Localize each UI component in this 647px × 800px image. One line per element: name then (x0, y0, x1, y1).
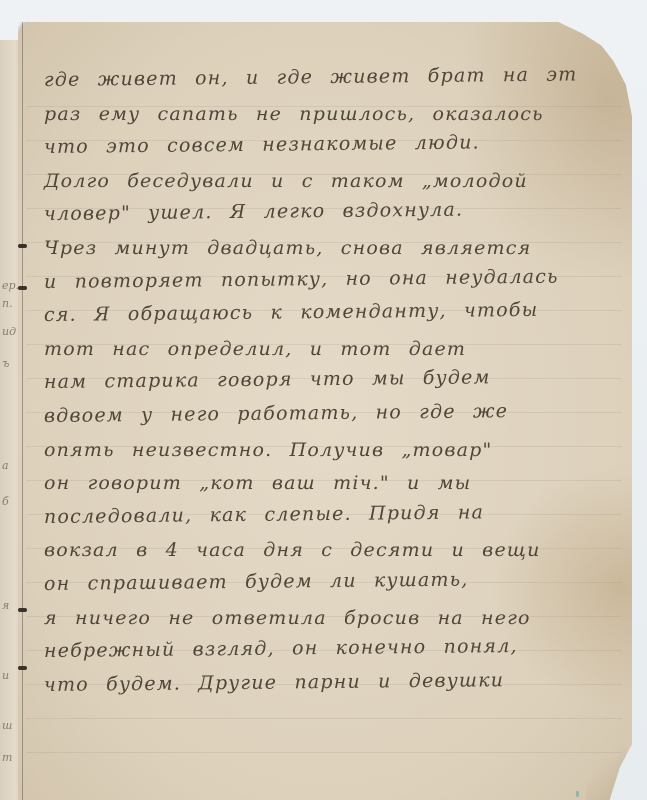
margin-fragment: я (2, 600, 9, 611)
margin-fragment: б (2, 496, 9, 507)
handwritten-text: где живет он, и где живет брат на эт раз… (44, 64, 624, 702)
text-line: что будем. Другие парни и девушки (44, 663, 624, 703)
text-line: последовали, как слепые. Придя на (44, 495, 624, 535)
text-line: что это совсем незнакомые люди. (44, 125, 624, 165)
margin-fragment: и (2, 670, 9, 681)
binding-hole (18, 244, 27, 248)
text-line: чловер" ушел. Я легко вздохнула. (44, 192, 624, 232)
binding-hole (18, 286, 27, 290)
margin-fragment: ер. (2, 280, 19, 291)
margin-fragment: m (2, 752, 12, 763)
margin-fragment: ъ (2, 358, 9, 369)
text-line: вдвоем у него работать, но где же (44, 394, 624, 434)
margin-rule (22, 22, 23, 800)
binding-hole (18, 608, 27, 612)
page-corner-fold (586, 707, 626, 800)
text-line: ся. Я обращаюсь к коменданту, чтобы (44, 293, 624, 333)
text-line: опять неизвестно. Получив „товар" (44, 434, 624, 468)
ruled-line (26, 752, 622, 753)
ink-stain (576, 791, 579, 797)
margin-fragment: а (2, 460, 9, 471)
scanned-document: ер. п. ид ъ а б я и ш m (0, 0, 647, 800)
text-line: где живет он, и где живет брат на эт (44, 58, 624, 98)
ruled-line (26, 718, 622, 719)
text-line: он спрашивает будем ли кушать, (44, 562, 624, 602)
margin-fragment: ш (2, 720, 12, 731)
margin-fragment: п. (2, 298, 13, 309)
margin-fragment: ид (2, 326, 16, 337)
letter-page: где живет он, и где живет брат на эт раз… (18, 22, 632, 800)
binding-hole (18, 666, 27, 670)
text-line: небрежный взгляд, он конечно понял, (44, 629, 624, 669)
